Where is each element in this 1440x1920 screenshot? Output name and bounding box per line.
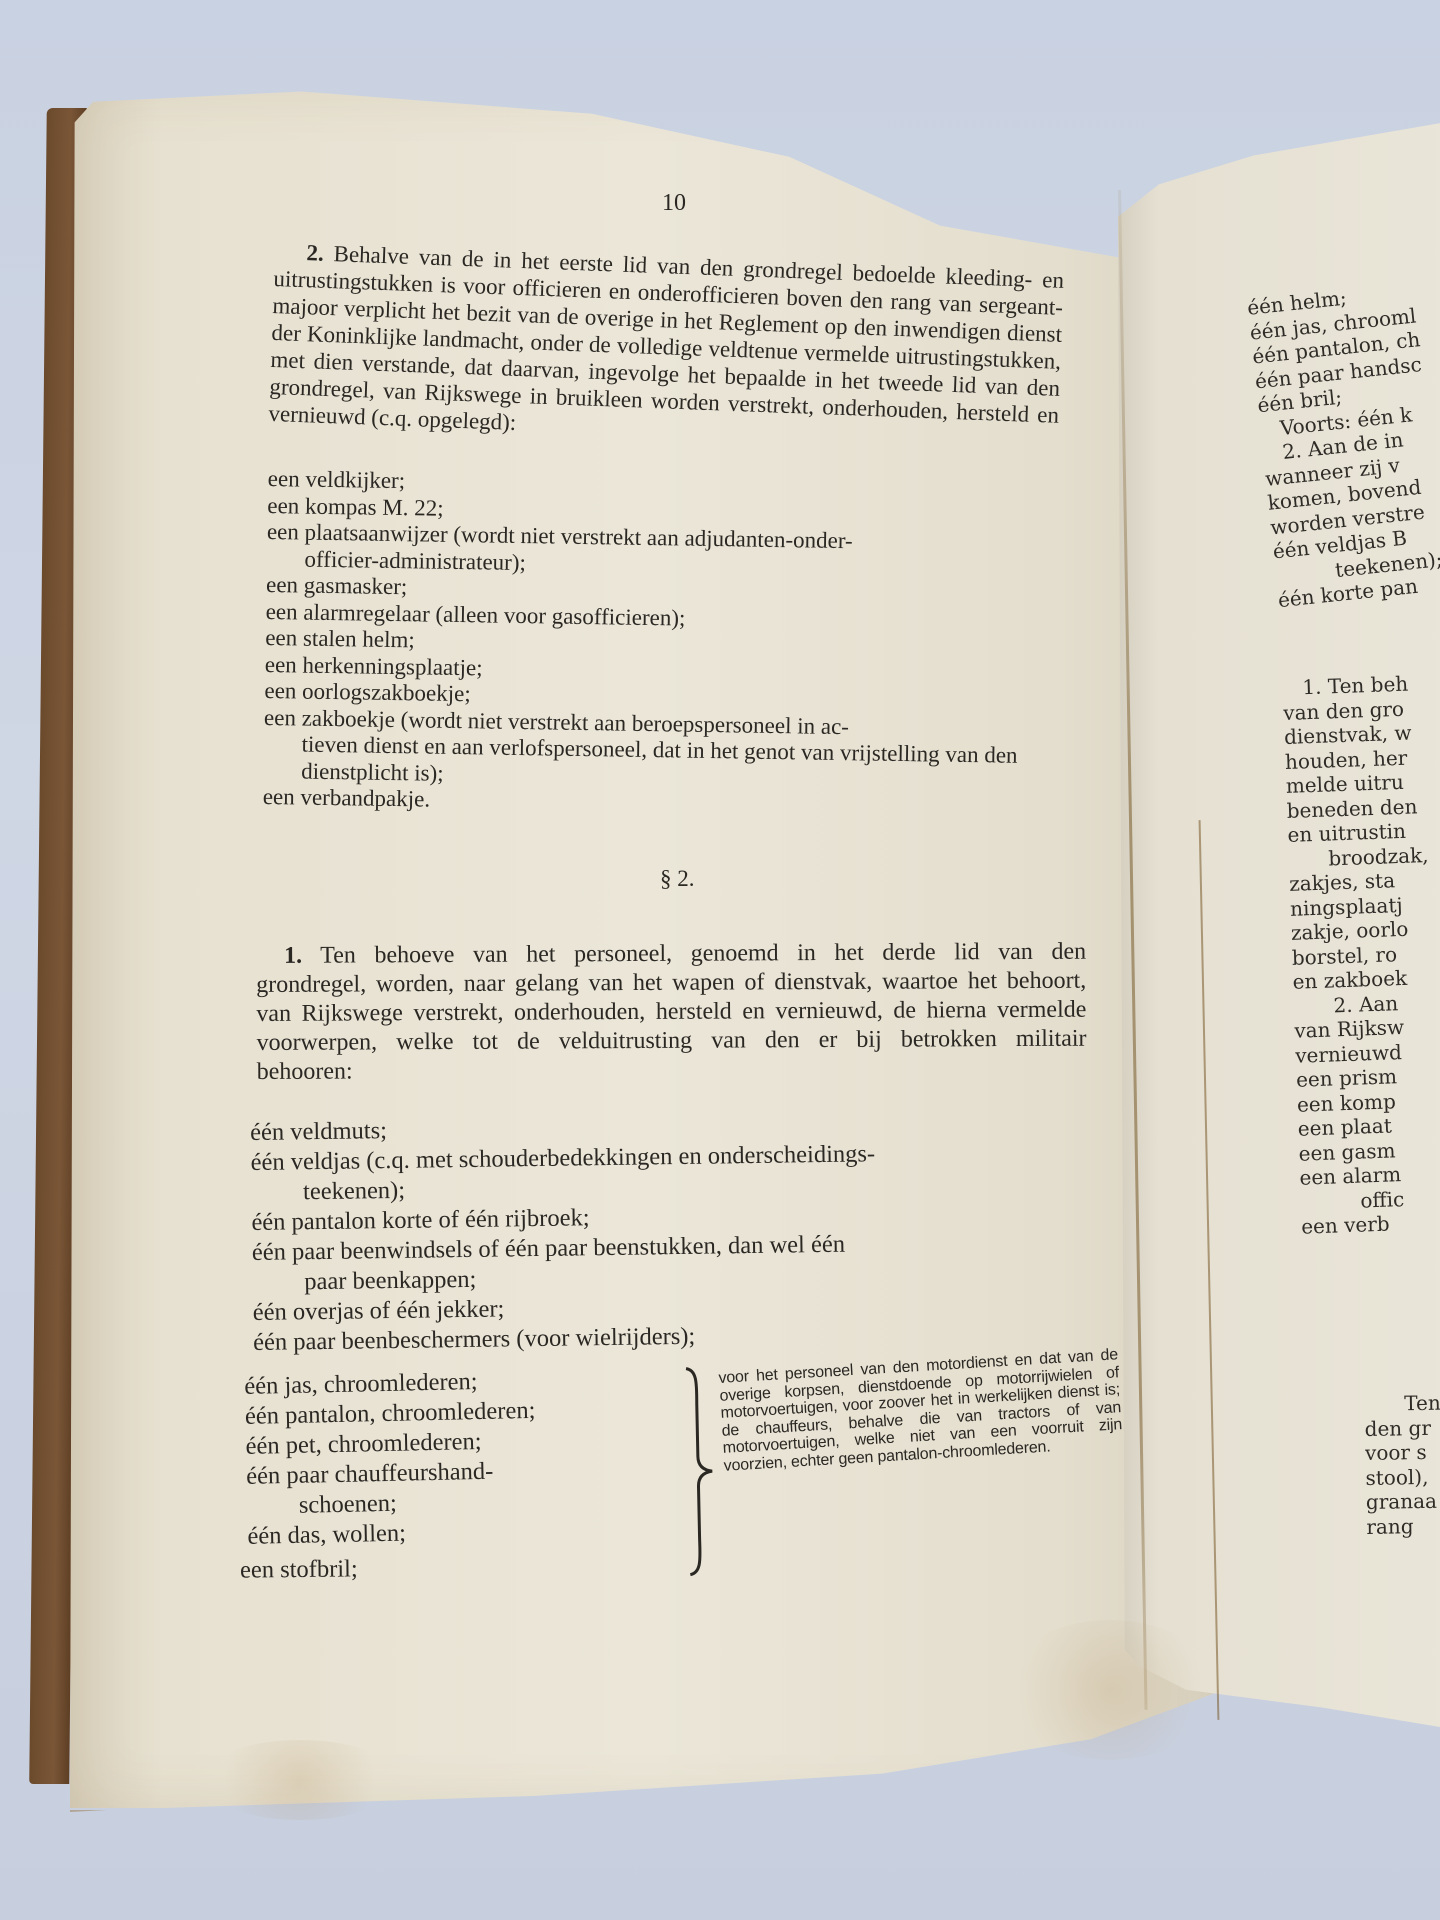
list-item: één paar chauffeurshand-schoenen; — [246, 1453, 687, 1522]
equipment-list-officers: een veldkijker;een kompas M. 22;een plaa… — [263, 466, 1068, 823]
photo-scene: 10 2. Behalve van de in het eerste lid v… — [0, 0, 1440, 1920]
list-item-text: één pantalon, chroomlederen; — [245, 1397, 536, 1430]
list-item-text: één das, wollen; — [247, 1520, 406, 1550]
list-item-text: een oorlogszakboekje; — [264, 678, 471, 706]
list-item-text: een kompas M. 22; — [267, 492, 444, 520]
list-item-text: een stalen helm; — [265, 625, 415, 652]
list-item-text: één pantalon korte of één rijbroek; — [251, 1204, 589, 1236]
equipment-list-personnel: één veldmuts;één veldjas (c.q. met schou… — [250, 1106, 1113, 1358]
text-line: den gr — [1364, 1415, 1440, 1441]
paragraph-number: 1. — [284, 943, 302, 969]
list-item-text: één veldmuts; — [250, 1117, 387, 1146]
paper-stain — [1000, 1620, 1220, 1760]
right-page-text-middle: 1. Ten behvan den grodienstvak, whouden,… — [1282, 670, 1440, 1239]
paragraph-1: 1. Ten behoeve van het personeel, genoem… — [256, 938, 1087, 1087]
list-item: een stofbril; — [240, 1555, 358, 1584]
text-line: voor s — [1365, 1440, 1440, 1466]
list-item-text: één overjas of één jekker; — [253, 1295, 505, 1326]
paragraph-text: Behalve van de in het eerste lid van den… — [268, 241, 1064, 435]
motor-service-items: één jas, chroomlederen;één pantalon, chr… — [244, 1363, 688, 1552]
motor-service-note: voor het personeel van den motordienst e… — [718, 1346, 1124, 1475]
page-number: 10 — [662, 190, 686, 217]
paragraph-2: 2. Behalve van de in het eerste lid van … — [268, 238, 1064, 456]
right-page-text-top: één helm;één jas, chroomléén pantalon, c… — [1246, 275, 1440, 613]
right-page-text-bottom: Tenden grvoor sstool),granaarang — [1364, 1391, 1440, 1539]
curly-brace-icon — [680, 1366, 718, 1577]
text-line: rang — [1366, 1513, 1440, 1539]
list-item-text: één jas, chroomlederen; — [244, 1368, 478, 1400]
paragraph-text: Ten behoeve van het personeel, genoemd i… — [256, 939, 1086, 1085]
paragraph-number: 2. — [306, 240, 324, 266]
list-item-text: één paar beenbeschermers (voor wielrijde… — [253, 1323, 695, 1356]
list-item: een zakboekje (wordt niet verstrekt aan … — [263, 704, 1064, 796]
list-item-text: één pet, chroomlederen; — [245, 1428, 482, 1460]
motor-service-group: één jas, chroomlederen;één pantalon, chr… — [240, 1353, 1145, 1612]
text-line: Ten — [1364, 1391, 1440, 1417]
list-item-text: één paar beenwindsels of één paar beenst… — [252, 1231, 846, 1266]
list-item-text: een herkenningsplaatje; — [265, 651, 483, 679]
text-line: een verb — [1301, 1209, 1440, 1239]
list-item-text: een verbandpakje. — [263, 784, 431, 812]
list-item-text: een gasmasker; — [266, 572, 408, 599]
text-line: granaa — [1366, 1489, 1440, 1515]
list-item-text: een veldkijker; — [268, 466, 406, 493]
text-line: stool), — [1365, 1464, 1440, 1490]
paper-stain — [200, 1740, 400, 1820]
section-heading: § 2. — [660, 866, 695, 892]
list-item-text: één paar chauffeurshand- — [246, 1458, 494, 1490]
